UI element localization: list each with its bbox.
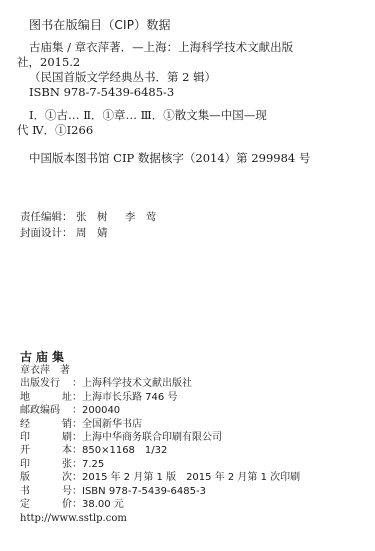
colophon-row-edition: 版次 ： 2015 年 2 月第 1 版 2015 年 2 月第 1 次印刷 <box>20 471 300 484</box>
cip-line-publisher-date: 社，2015.2 <box>17 55 317 70</box>
row-value: 上海市长乐路 746 号 <box>82 391 177 404</box>
editor-name: 张 树 <box>76 211 108 223</box>
designer-name: 周 婧 <box>76 225 108 241</box>
colophon-row-postcode: 邮政编码 ： 200040 <box>20 404 300 417</box>
colophon-row-price: 定价 ： 38.00 元 <box>20 498 300 511</box>
colophon-row-format: 开本 ： 850×1168 1/32 <box>20 444 300 457</box>
cip-record: 古庙集 / 章衣萍著．—上海：上海科学技术文献出版 社，2015.2 （民国首版… <box>17 40 317 100</box>
row-label: 印刷 <box>20 431 72 444</box>
designer-label: 封面设计： <box>20 225 76 241</box>
row-value: 7.25 <box>82 458 104 471</box>
colophon-row-address: 地址 ： 上海市长乐路 746 号 <box>20 391 300 404</box>
row-label: 开本 <box>20 444 72 457</box>
colophon-row-printer: 印刷 ： 上海中华商务联合印刷有限公司 <box>20 431 300 444</box>
row-label: 书号 <box>20 485 72 498</box>
editor-row: 责任编辑： 张 树 李 莺 <box>20 209 170 225</box>
cip-line-series: （民国首版文学经典丛书．第 2 辑） <box>17 70 317 85</box>
row-label: 定价 <box>20 498 72 511</box>
row-value: 2015 年 2 月第 1 版 2015 年 2 月第 1 次印刷 <box>82 471 300 484</box>
colophon-row-sheets: 印张 ： 7.25 <box>20 458 300 471</box>
row-value: 850×1168 1/32 <box>82 444 167 457</box>
editor-label: 责任编辑： <box>20 209 76 225</box>
row-value: 200040 <box>82 404 120 417</box>
editor-names: 张 树 李 莺 <box>76 209 170 225</box>
publisher-website-link[interactable]: http://www.sstlp.com <box>20 512 300 525</box>
row-label: 经销 <box>20 418 72 431</box>
row-value: ISBN 978-7-5439-6485-3 <box>82 485 206 498</box>
colophon-row-publisher: 出版发行 ： 上海科学技术文献出版社 <box>20 377 300 390</box>
row-label: 邮政编码 <box>20 404 72 417</box>
classification-line-1: Ⅰ．①古… Ⅱ．①章… Ⅲ．①散文集—中国—现 <box>17 108 317 123</box>
colophon-row-distributor: 经销 ： 全国新华书店 <box>20 418 300 431</box>
author-line: 章衣萍 著 <box>20 364 300 377</box>
editor-name: 李 莺 <box>125 211 157 223</box>
cip-title: 图书在版编目（CIP）数据 <box>29 16 171 33</box>
row-value: 上海科学技术文献出版社 <box>82 377 192 390</box>
cip-line-isbn: ISBN 978-7-5439-6485-3 <box>17 85 317 100</box>
cip-line-title-author: 古庙集 / 章衣萍著．—上海：上海科学技术文献出版 <box>17 40 317 55</box>
row-label: 版次 <box>20 471 72 484</box>
designer-row: 封面设计： 周 婧 <box>20 225 170 241</box>
row-value: 全国新华书店 <box>82 418 142 431</box>
row-value: 38.00 元 <box>82 498 124 511</box>
row-value: 上海中华商务联合印刷有限公司 <box>82 431 222 444</box>
cip-classification: Ⅰ．①古… Ⅱ．①章… Ⅲ．①散文集—中国—现 代 Ⅳ．①I266 <box>17 108 317 138</box>
classification-line-2: 代 Ⅳ．①I266 <box>17 123 317 138</box>
row-label: 出版发行 <box>20 377 72 390</box>
cip-record-number: 中国版本图书馆 CIP 数据核字（2014）第 299984 号 <box>29 150 310 166</box>
colophon-row-isbn: 书号 ： ISBN 978-7-5439-6485-3 <box>20 485 300 498</box>
row-label: 地址 <box>20 391 72 404</box>
book-title: 古庙集 <box>20 350 300 364</box>
row-label: 印张 <box>20 458 72 471</box>
colophon: 古庙集 章衣萍 著 出版发行 ： 上海科学技术文献出版社 地址 ： 上海市长乐路… <box>20 350 300 526</box>
credits: 责任编辑： 张 树 李 莺 封面设计： 周 婧 <box>20 209 170 241</box>
